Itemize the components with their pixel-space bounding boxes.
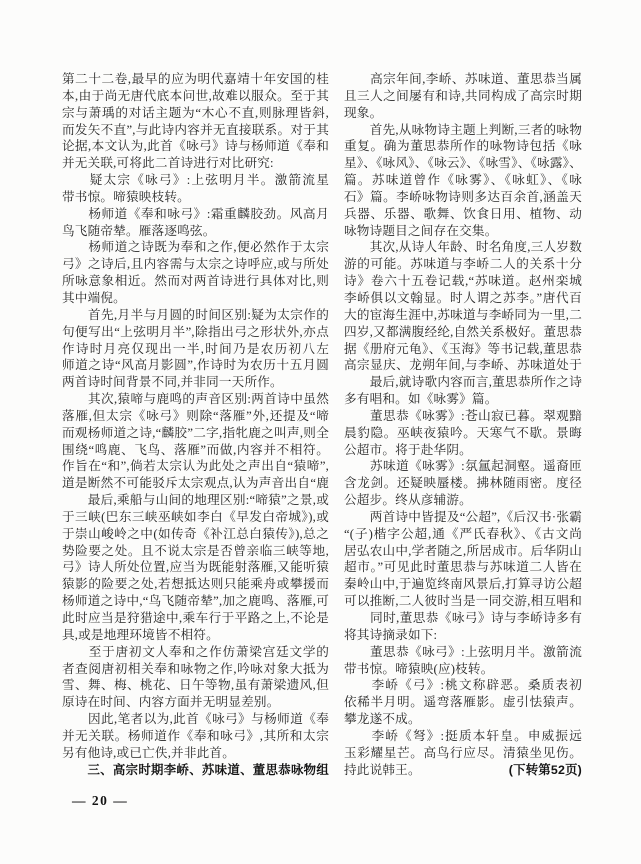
text-line: 因此,笔者以为,此首《咏弓》与杨师道《奉和咏弓》 [62, 711, 329, 728]
text-line: 鸟飞随帝辇。雁落逐鸣弦。 [62, 223, 329, 240]
text-line: 而观杨师道之诗,“麟胶”二字,指牝鹿之叫声,则全诗 [62, 425, 329, 442]
text-line: 大的宦海生涯中,苏味道与李峤同为一里,二人年纪仅差 [344, 307, 582, 324]
text-line: 兵器、乐器、歌舞、饮食日用、植物、动物等诸多方面,三人 [344, 206, 582, 223]
text-line: 疑太宗《咏弓》:上弦明月半。激箭流星远。落雁 [62, 172, 329, 189]
text-line: 具,或是地理环境皆不相符。 [62, 627, 329, 644]
text-line: 可以推断,二人彼时当是一同交游,相互唱和的。 [344, 593, 582, 610]
left-text-column: 第二十二卷,最早的应为明代嘉靖十年安国的桂坡馆刻本,由于尚无唐代底本问世,故难以… [62, 71, 329, 778]
text-line: 围绕“鸣鹿、飞鸟、落雁”而做,内容并不相符。奉和之 [62, 442, 329, 459]
text-line: 两首诗中皆提及“公超”,《后汉书·张霸传》中提及、 [344, 509, 582, 526]
text-line: 杨师道《奉和咏弓》:霜重麟胶劲。风高月影圆。 [62, 206, 329, 223]
text-line: 作诗时月亮仅现出一半,时间乃是农历初八左右。而杨 [62, 341, 329, 358]
text-line: 杨师道之诗既为奉和之作,便必然作于太宗皇帝《咏 [62, 239, 329, 256]
text-line: 含龙剑。还疑映蜃楼。拂林随雨密。度径带烟浮。方谢 [344, 475, 582, 492]
text-line: 四岁,又都满腹经纶,自然关系极好。董思恭生卒年不详, [344, 324, 582, 341]
text-line: 超市。”可见此时董思恭与苏味道二人皆在华阴附近的 [344, 559, 582, 576]
text-line: 句便写出“上弦明月半”,除指出弓之形状外,亦点明了 [62, 324, 329, 341]
text-line: 李峤俱以文翰显。时人谓之苏李。”唐代百户为里,在偌 [344, 290, 582, 307]
text-line: 至于唐初文人奉和之作仿萧梁宫廷文学的考虑,笔 [62, 644, 329, 661]
text-line: 同时,董思恭《咏弓》诗与李峤诗多有相似之处,现 [344, 610, 582, 627]
text-line: 公超步。终从彦辅游。 [344, 492, 582, 509]
text-line: 落雁,但太宗《咏弓》则除“落雁”外,还提及“啼猿”, [62, 408, 329, 425]
text-line: 星》、《咏风》、《咏云》、《咏雪》、《咏露》、《咏雾》、《咏虹》 [344, 155, 582, 172]
text-line: 最后,乘船与山间的地理区别:“啼猿”之景,或出现 [62, 492, 329, 509]
text-line: 另有他诗,或已亡佚,并非此首。 [62, 745, 329, 762]
text-line: 师道之诗“风高月影圆”,作诗时为农历十五月圆之夜。 [62, 357, 329, 374]
text-line: 此时应当是狩猎途中,乘车行于平路之上,不论是交通工 [62, 610, 329, 627]
text-line: 且三人之间屡有和诗,共同构成了高宗时期的咏物组诗 [344, 88, 582, 105]
text-line: 所咏意象相近。然而对两首诗进行具体对比,则可发现 [62, 273, 329, 290]
text-line: 首先,月半与月圆的时间区别:疑为太宗作的咏弓首 [62, 307, 329, 324]
text-line: 苏味道《咏雾》:氛氲起洞壑。遥裔匝平畴。乍似 [344, 458, 582, 475]
text-line: 最后,就诗歌内容而言,董思恭所作之诗与苏李二人 [344, 374, 582, 391]
text-line: 高宗年间,李峤、苏味道、董思恭当属同一文学团体, [344, 71, 582, 88]
text-line: 作旨在“和”,倘若太宗认为此处之声出自“猿啼”,杨师 [62, 458, 329, 475]
text-line: 论据,本文认为,此首《咏弓》诗与杨师道《奉和咏弓》 [62, 138, 329, 155]
document-page: 第二十二卷,最早的应为明代嘉靖十年安国的桂坡馆刻本,由于尚无唐代底本问世,故难以… [0, 0, 641, 864]
text-line: 而发矢不直”,与此诗内容并无直接联系。对于其第三个 [62, 122, 329, 139]
text-line: 咏物诗题目之间存在交集。 [344, 223, 582, 240]
text-line: 其次,猿啼与鹿鸣的声音区别:两首诗中虽然都咏及 [62, 391, 329, 408]
text-line: 首先,从咏物诗主题上判断,三者的咏物诗题目多有 [344, 122, 582, 139]
text-line: 者查阅唐初相关奉和咏物之作,吟咏对象大抵为风、雨、 [62, 661, 329, 678]
text-line: 宗与萧瑀的对话主题为“木心不直,则脉理皆斜,弓虽劲 [62, 105, 329, 122]
text-line: 秦岭山中,于遍览终南风景后,打算寻访公超隐居之所。 [344, 576, 582, 593]
text-line: 并无关联,可将此二首诗进行对比研究: [62, 155, 329, 172]
text-line: 晨豹隐。巫峡夜猿吟。天寒气不歇。景晦色方深。待访 [344, 425, 582, 442]
text-line: 持此说韩王。 [344, 762, 421, 779]
text-line: 多有唱和。如《咏雾》篇。 [344, 391, 582, 408]
text-line: 第二十二卷,最早的应为明代嘉靖十年安国的桂坡馆刻 [62, 71, 329, 88]
text-line: 雪、舞、梅、桃花、日午等物,虽有萧梁遗风,但与所和君王 [62, 677, 329, 694]
text-line: 公超市。将于赴华阴。 [344, 442, 582, 459]
text-line: 高宗显庆、龙朔年间,与李峤、苏味道处于同一时代。 [344, 357, 582, 374]
text-line: 诗》卷六十五卷记载,“苏味道。赵州栾城人。与里人 [344, 273, 582, 290]
text-line: 游的可能。苏味道与李峤二人的关系十分密切。《全唐 [344, 256, 582, 273]
text-line: 带书惊。啼猿映(应)枝转。 [344, 661, 582, 678]
text-line: 攀龙遂不成。 [344, 711, 582, 728]
text-line: 石》篇。李峤咏物诗则多达百余首,涵盖天文、地理、艺文、 [344, 189, 582, 206]
section-heading: 三、高宗时期李峤、苏味道、董思恭咏物组诗背景研究 [62, 762, 329, 779]
text-line: 依稀半月明。遥弯落雁影。虚引怯猿声。徒切鸟号思。 [344, 694, 582, 711]
text-line: 篇。苏味道曾作《咏雾》、《咏虹》、《咏霜》、《咏井》、《咏 [344, 172, 582, 189]
text-line: 其中端倪。 [62, 290, 329, 307]
text-line: 于三峡(巴东三峡巫峡如李白《早发白帝城》),或出现 [62, 509, 329, 526]
text-line: 带书惊。啼猿映枝转。 [62, 189, 329, 206]
text-line: 于崇山峻岭之中(如传奇《补江总白猿传》),总之是地 [62, 526, 329, 543]
text-line: 将其诗摘录如下: [344, 627, 582, 644]
text-line: 弓》诗人所处位置,应当为既能射落雁,又能听猿鸣、观 [62, 559, 329, 576]
text-line: 本,由于尚无唐代底本问世,故难以服众。至于其二,太 [62, 88, 329, 105]
right-text-column: 高宗年间,李峤、苏味道、董思恭当属同一文学团体,且三人之间屡有和诗,共同构成了高… [344, 71, 582, 778]
text-line: 居弘农山中,学者随之,所居成市。后华阴山南,遂有公 [344, 543, 582, 560]
text-line: 两首诗时间背景不同,并非同一天所作。 [62, 374, 329, 391]
text-line: 现象。 [344, 105, 582, 122]
text-line: 原诗在时间、内容方面并无明显差别。 [62, 694, 329, 711]
text-line: 道是断然不可能驳斥太宗观点,认为声音出自“鹿鸣”的。 [62, 475, 329, 492]
text-line: 弓》之诗后,且内容需与太宗之诗呼应,或与所处环境、 [62, 256, 329, 273]
text-line: 玉彩耀星芒。高鸟行应尽。清猿坐见伤。苏秦六百步。 [344, 745, 582, 762]
text-line: 并无关联。杨师道作《奉和咏弓》,其所和太宗之作大概 [62, 728, 329, 745]
text-line: 势险要之处。且不说太宗是否曾亲临三峡等地,但看《咏 [62, 543, 329, 560]
text-line: 董思恭《咏弓》:上弦明月半。激箭流星远。落雁 [344, 644, 582, 661]
text-line: 猿影的险要之处,若想抵达则只能乘舟或攀援而上。而 [62, 576, 329, 593]
text-line: “(子)楷字公超,通《严氏春秋》、《古文尚书》……隐 [344, 526, 582, 543]
text-line: 杨师道之诗中,“鸟飞随帝辇”,加之鹿鸣、落雁,可推断 [62, 593, 329, 610]
text-line: 据《册府元龟》、《玉海》等书记载,董思恭大致活动在 [344, 341, 582, 358]
page-number: — 20 — [72, 793, 128, 809]
text-line: 其次,从诗人年龄、时名角度,三人岁数相仿,存在交 [344, 239, 582, 256]
continuation-note: (下转第52页) [509, 762, 582, 779]
text-line: 持此说韩王。(下转第52页) [344, 762, 582, 779]
text-line: 李峤《弩》:挺质本轩皇。申威振远方。机张惊雉雊。 [344, 728, 582, 745]
text-line: 李峤《弓》:桃文称辟恶。桑质表初生。宛转雕鞬际。 [344, 677, 582, 694]
text-line: 重复。确为董思恭所作的咏物诗包括《咏日》、《咏月》、《咏 [344, 138, 582, 155]
text-line: 董思恭《咏雾》:苍山寂已暮。翠观黯将沉。终南 [344, 408, 582, 425]
